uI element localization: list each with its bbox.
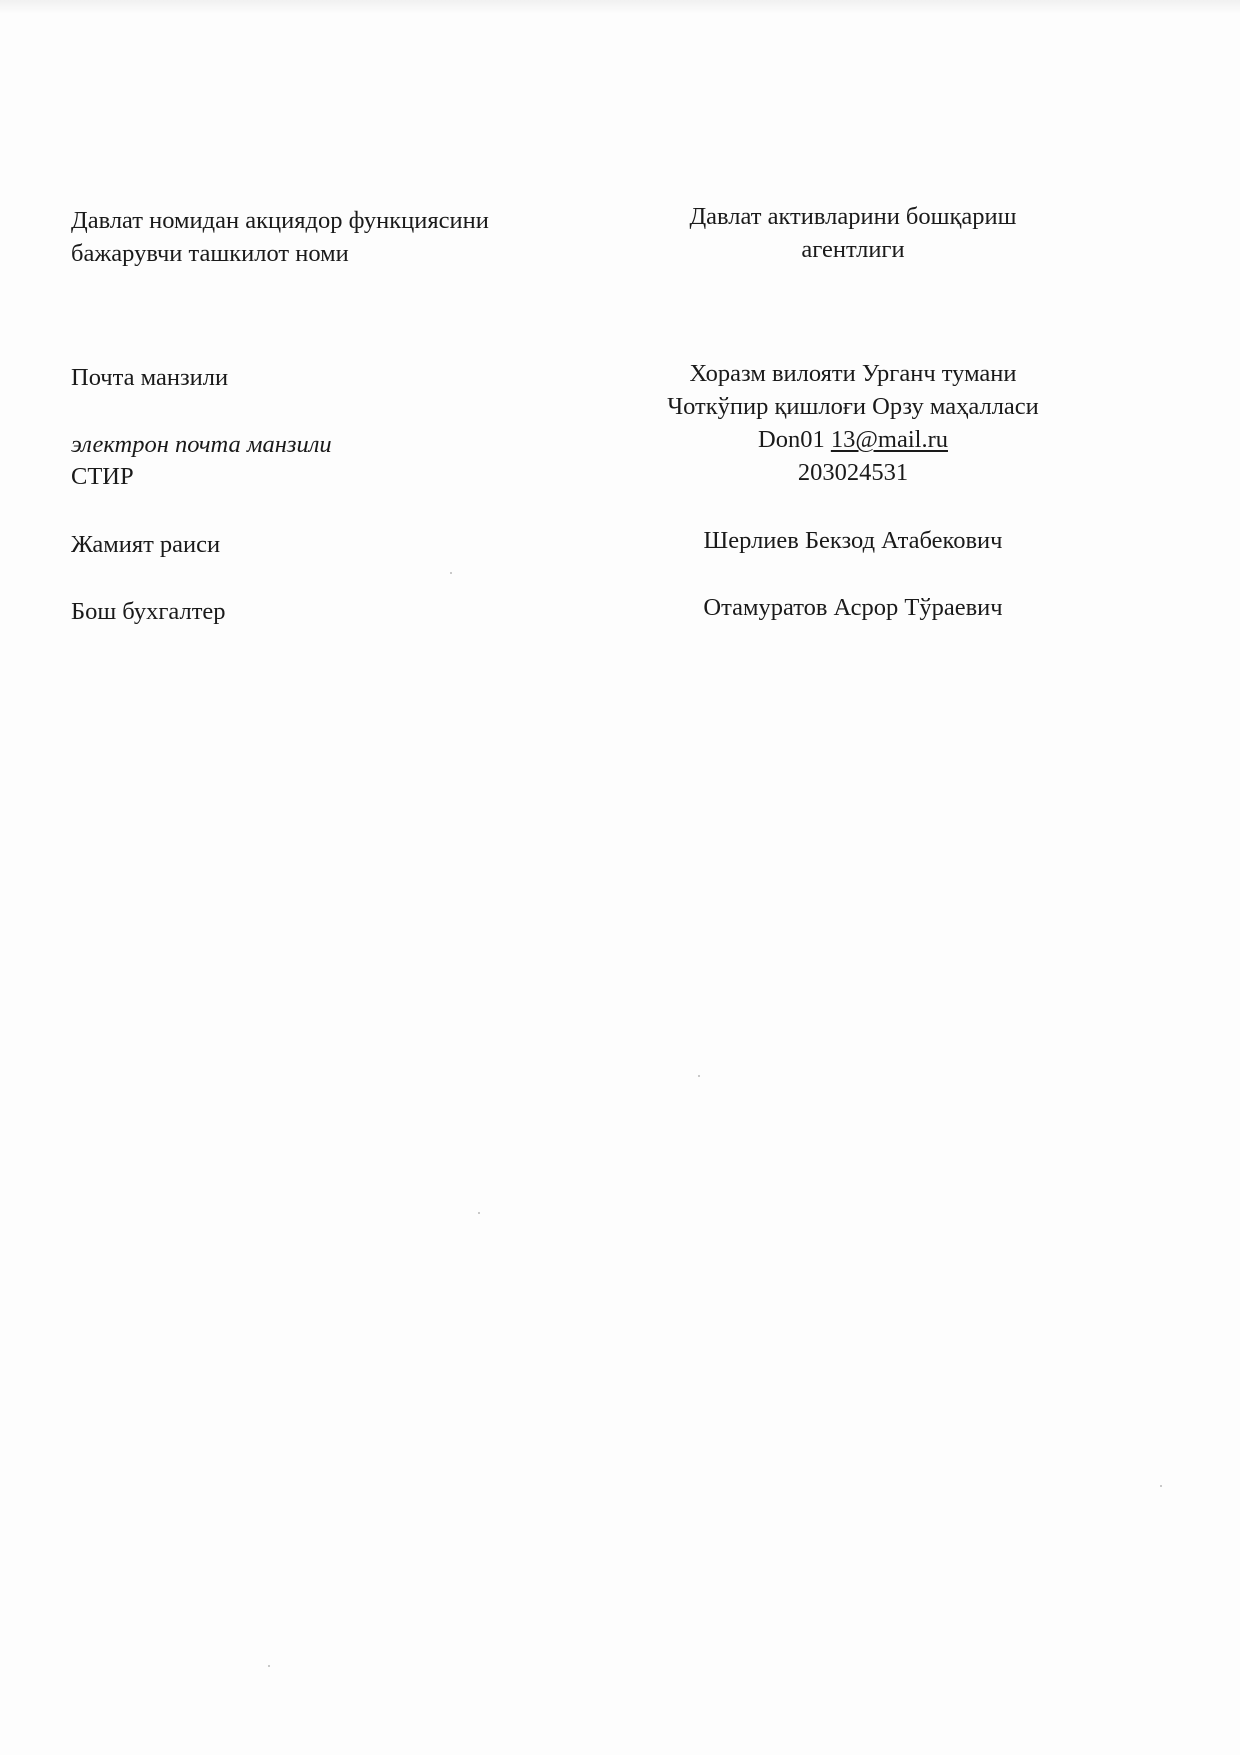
chief-accountant-value: Отамуратов Асрор Тўраевич bbox=[553, 591, 1153, 624]
tin-label: СТИР bbox=[71, 460, 134, 493]
shareholder-org-value: Давлат активларини бошқариш агентлиги bbox=[553, 200, 1153, 266]
email-label: электрон почта манзили bbox=[71, 428, 332, 461]
scan-top-edge bbox=[0, 0, 1240, 14]
shareholder-org-label: Давлат номидан акциядор функциясини бажа… bbox=[71, 204, 489, 270]
scan-speck bbox=[698, 1075, 700, 1077]
chairman-label: Жамият раиси bbox=[71, 528, 220, 561]
tin-value: 203024531 bbox=[553, 456, 1153, 489]
postal-address-line-2: Чоткўпир қишлоғи Орзу маҳалласи bbox=[553, 390, 1153, 423]
scan-speck bbox=[478, 1212, 480, 1214]
shareholder-org-value-line-1: Давлат активларини бошқариш bbox=[553, 200, 1153, 233]
chief-accountant-label: Бош бухгалтер bbox=[71, 595, 226, 628]
email-link[interactable]: 13@mail.ru bbox=[831, 426, 948, 453]
postal-address-line-1: Хоразм вилояти Урганч тумани bbox=[553, 357, 1153, 390]
scan-speck bbox=[268, 1665, 270, 1667]
scan-speck bbox=[1160, 1485, 1162, 1487]
email-value: Don01 13@mail.ru bbox=[553, 423, 1153, 456]
postal-address-value: Хоразм вилояти Урганч тумани Чоткўпир қи… bbox=[553, 357, 1153, 423]
shareholder-org-value-line-2: агентлиги bbox=[553, 233, 1153, 266]
scan-speck bbox=[450, 572, 452, 574]
shareholder-org-label-line-1: Давлат номидан акциядор функциясини bbox=[71, 204, 489, 237]
postal-address-label: Почта манзили bbox=[71, 361, 228, 394]
email-value-prefix: Don01 bbox=[758, 426, 831, 453]
chairman-value: Шерлиев Бекзод Атабекович bbox=[553, 524, 1153, 557]
shareholder-org-label-line-2: бажарувчи ташкилот номи bbox=[71, 237, 489, 270]
